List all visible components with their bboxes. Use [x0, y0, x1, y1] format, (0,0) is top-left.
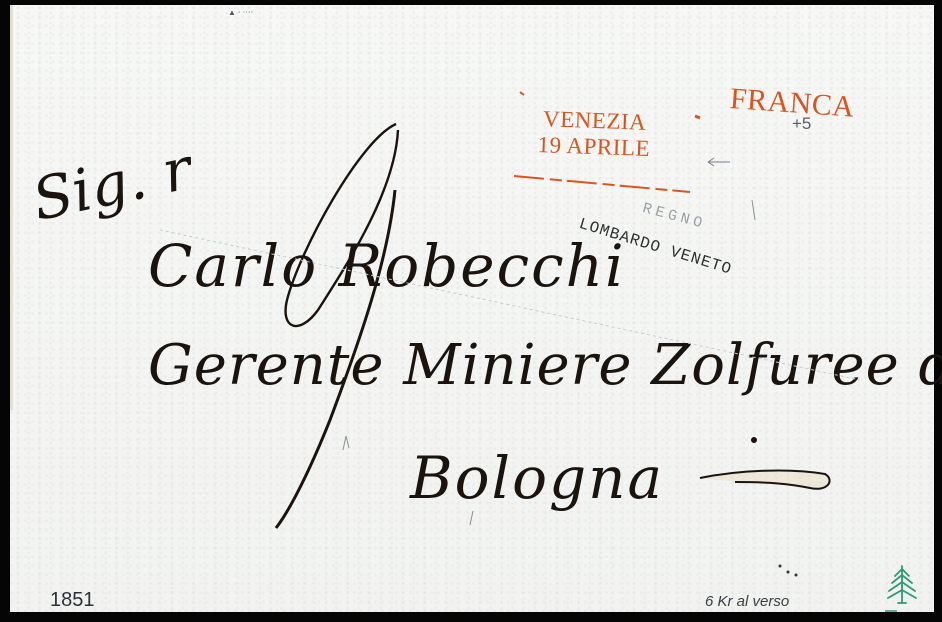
- top-marks: ▲ · ····: [228, 8, 253, 17]
- year-pencil-note: 1851: [50, 589, 95, 612]
- verso-pencil-note: 6 Kr al verso: [705, 593, 789, 610]
- rate-pencil-note: +5: [792, 114, 811, 134]
- addressee-name: Carlo Robecchi: [148, 232, 626, 300]
- postmark-date: 19 APRILE: [537, 132, 650, 162]
- pine-tree-icon: [884, 563, 920, 609]
- addressee-city: Bologna: [410, 444, 664, 512]
- postmark-town: VENEZIA: [538, 106, 651, 136]
- venezia-postmark: VENEZIA 19 APRILE: [537, 106, 651, 162]
- addressee-title: Gerente Miniere Zolfuree di: [148, 333, 942, 398]
- fold-edge: [10, 5, 13, 410]
